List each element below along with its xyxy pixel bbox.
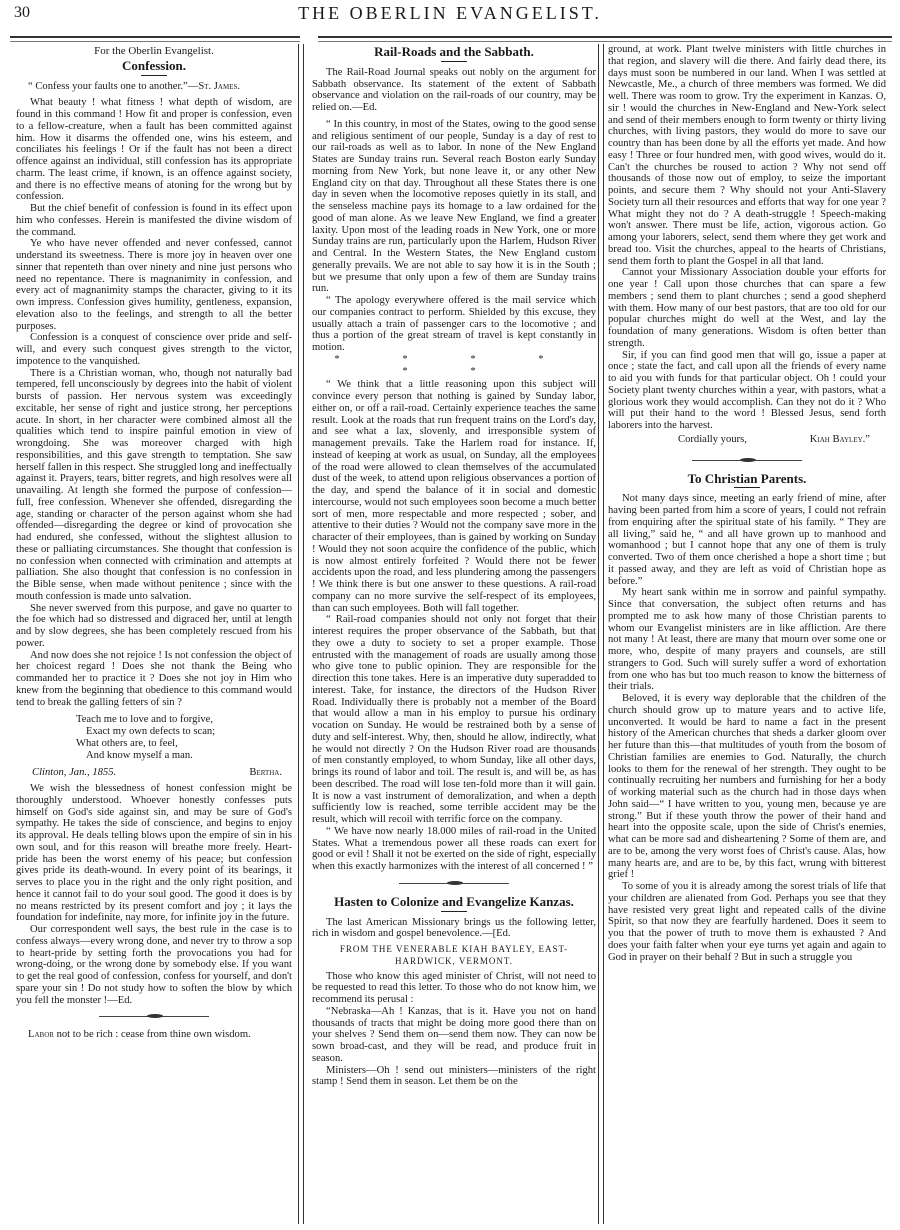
paragraph: Ye who have never offended and never con… [16, 238, 292, 332]
paragraph: “ We have now nearly 18.000 miles of rai… [312, 826, 596, 873]
section-stars: * * * * * * [312, 354, 596, 378]
column-railroads: Rail-Roads and the Sabbath. The Rail-Roa… [312, 44, 596, 1230]
article-headline-confession: Confession. [16, 60, 292, 72]
paragraph: She never swerved from this purpose, and… [16, 603, 292, 650]
poem: Teach me to love and to forgive, Exact m… [76, 714, 292, 761]
paragraph: “ The apology everywhere offered is the … [312, 295, 596, 354]
top-rule-right [318, 36, 892, 42]
paragraph: “ Rail-road companies should not only no… [312, 614, 596, 826]
signature-line: Clinton, Jan., 1855. Bertha. [16, 765, 292, 783]
intro-paragraph: The last American Missionary brings us t… [312, 917, 596, 941]
headline-rule [141, 75, 167, 76]
editor-paragraph: We wish the blessedness of honest confes… [16, 783, 292, 924]
closing-salutation: Cordially yours, [678, 434, 747, 446]
paragraph: There is a Christian woman, who, though … [16, 368, 292, 603]
editor-paragraph: Our correspondent well says, the best ru… [16, 924, 292, 1006]
paragraph: Ministers—Oh ! send out ministers—minist… [312, 1065, 596, 1089]
paragraph: “Nebraska—Ah ! Kanzas, that is it. Have … [312, 1006, 596, 1065]
ornament-divider [399, 883, 509, 886]
paragraph: To some of you it is already among the s… [608, 881, 886, 963]
article-headline-kanzas: Hasten to Colonize and Evangelize Kanzas… [312, 896, 596, 908]
headline-rule [441, 61, 467, 62]
paragraph: But the chief benefit of confession is f… [16, 203, 292, 238]
paragraph: “ We think that a little reasoning upon … [312, 379, 596, 614]
paragraph: And now does she not rejoice ! Is not co… [16, 650, 292, 709]
paragraph: Not many days since, meeting an early fr… [608, 493, 886, 587]
paragraph: Those who know this aged minister of Chr… [312, 971, 596, 1006]
paragraph: “ In this country, in most of the States… [312, 119, 596, 295]
headline-rule [734, 487, 760, 488]
paragraph: Sir, if you can find good men that will … [608, 350, 886, 432]
article-kicker: For the Oberlin Evangelist. [16, 46, 292, 58]
paragraph: Beloved, it is every way deplorable that… [608, 693, 886, 881]
paragraph: My heart sank within me in sorrow and pa… [608, 587, 886, 693]
intro-paragraph: The Rail-Road Journal speaks out nobly o… [312, 67, 596, 114]
column-divider-2 [598, 44, 604, 1224]
dateline: Clinton, Jan., 1855. [32, 767, 116, 779]
poem-line: What others are, to feel, [76, 738, 292, 750]
column-letter-and-parents: ground, at work. Plant twelve ministers … [608, 44, 886, 1230]
poem-line: And know myself a man. [76, 750, 292, 762]
letter-closing: Cordially yours, Kiah Bayley.” [608, 432, 886, 450]
letter-signature: Kiah Bayley.” [810, 434, 870, 446]
masthead: 30 THE OBERLIN EVANGELIST. [0, 0, 900, 30]
letter-from-line: FROM THE VENERABLE KIAH BAYLEY, EAST-HAR… [312, 944, 596, 968]
poem-line: Exact my own defects to scan; [76, 726, 292, 738]
newspaper-title: THE OBERLIN EVANGELIST. [0, 3, 900, 24]
column-divider-1 [298, 44, 304, 1224]
author-signature: Bertha. [249, 767, 282, 779]
paragraph: What beauty ! what fitness ! what depth … [16, 97, 292, 203]
headline-rule [441, 911, 467, 912]
poem-line: Teach me to love and to forgive, [76, 714, 292, 726]
paragraph: Confession is a conquest of conscience o… [16, 332, 292, 367]
ornament-divider [99, 1016, 209, 1019]
top-rule-left [10, 36, 300, 42]
paragraph: Cannot your Missionary Association doubl… [608, 267, 886, 349]
article-headline-parents: To Christian Parents. [608, 473, 886, 485]
ornament-divider [692, 460, 802, 463]
article-headline-railroads: Rail-Roads and the Sabbath. [312, 46, 596, 58]
epigraph: “ Confess your faults one to another.”—S… [16, 81, 292, 93]
paragraph: ground, at work. Plant twelve ministers … [608, 44, 886, 267]
filler-proverb: Labor not to be rich : cease from thine … [16, 1029, 292, 1041]
column-confession: For the Oberlin Evangelist. Confession. … [16, 44, 292, 1230]
